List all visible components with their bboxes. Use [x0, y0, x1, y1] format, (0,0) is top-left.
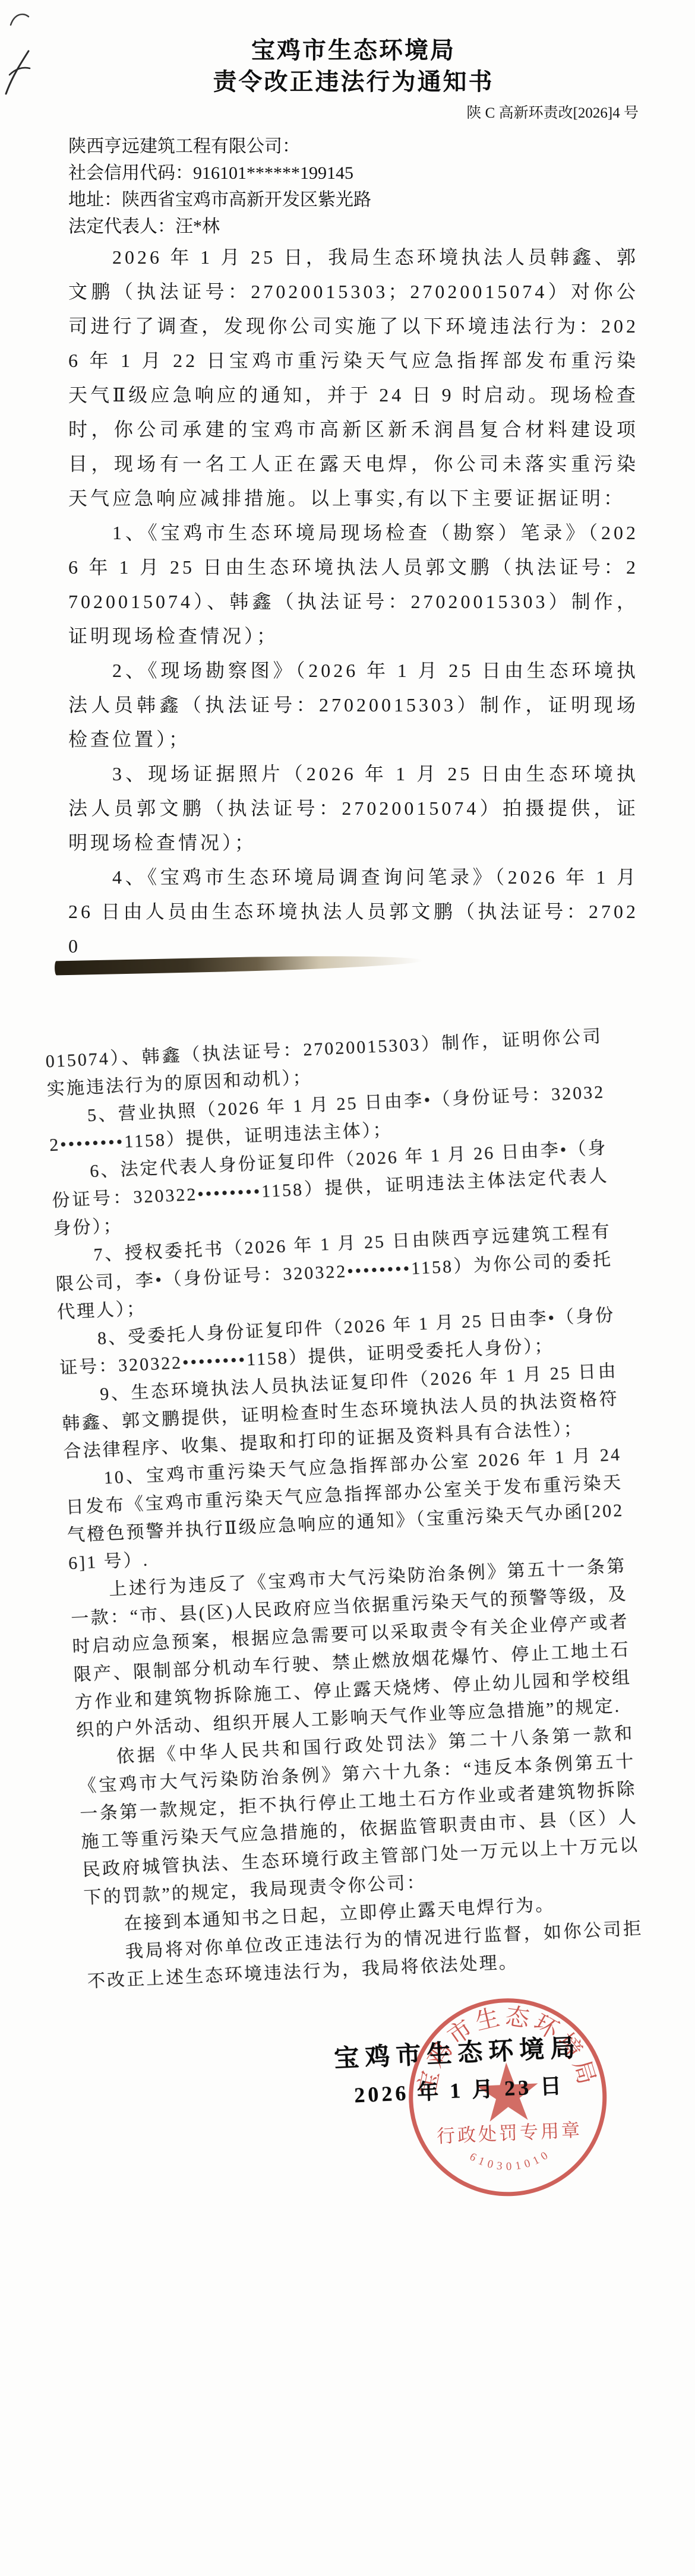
recipient-legal-rep: 法定代表人：汪*林: [68, 213, 639, 240]
signature-block: ★ 宝鸡市生态环境局 行政处罚专用章 610301010 宝鸡市生态环境局 20…: [283, 1979, 639, 2238]
recipient-credit-code: 社会信用代码：916101******199145: [68, 160, 639, 186]
recipient-address: 地址：陕西省宝鸡市高新开发区紫光路: [68, 186, 639, 213]
evidence-item-4: 4、《宝鸡市生态环境局调查询问笔录》（2026 年 1 月 26 日由人员由生态…: [68, 860, 639, 963]
legal-basis-paragraph: 依据《中华人民共和国行政处罚法》第二十八条第一款和《宝鸡市大气污染防治条例》第六…: [77, 1720, 641, 1912]
seal-serial: 610301010: [467, 2147, 554, 2175]
issuing-agency-title: 宝鸡市生态环境局: [68, 34, 639, 66]
page-2: 015074）、韩鑫（执法证号：27020015303）制作，证明你公司实施违法…: [0, 1019, 695, 2250]
seal-label: 行政处罚专用章: [436, 2119, 582, 2147]
scanned-document: 宝鸡市生态环境局 责令改正违法行为通知书 陕 C 高新环责改[2026]4 号 …: [0, 0, 695, 2576]
document-type-title: 责令改正违法行为通知书: [68, 66, 639, 97]
document-number: 陕 C 高新环责改[2026]4 号: [68, 105, 639, 122]
intro-paragraph: 2026 年 1 月 25 日，我局生态环境执法人员韩鑫、郭文鹏（执法证号：27…: [68, 240, 639, 515]
evidence-item-2: 2、《现场勘察图》（2026 年 1 月 25 日由生态环境执法人员韩鑫（执法证…: [68, 653, 639, 757]
handwritten-mark-icon: [0, 49, 48, 99]
evidence-item-3: 3、现场证据照片（2026 年 1 月 25 日由生态环境执法人员郭文鹏（执法证…: [68, 757, 639, 860]
recipient-company: 陕西亨远建筑工程有限公司：: [68, 133, 639, 160]
evidence-item-1: 1、《宝鸡市生态环境局现场检查（勘察）笔录》（2026 年 1 月 25 日由生…: [68, 515, 639, 653]
page-1: 宝鸡市生态环境局 责令改正违法行为通知书 陕 C 高新环责改[2026]4 号 …: [0, 0, 695, 963]
violation-paragraph: 上述行为违反了《宝鸡市大气污染防治条例》第五十一条第一款：“市、县(区)人民政府…: [69, 1552, 633, 1745]
handwritten-mark-icon: [7, 7, 33, 33]
